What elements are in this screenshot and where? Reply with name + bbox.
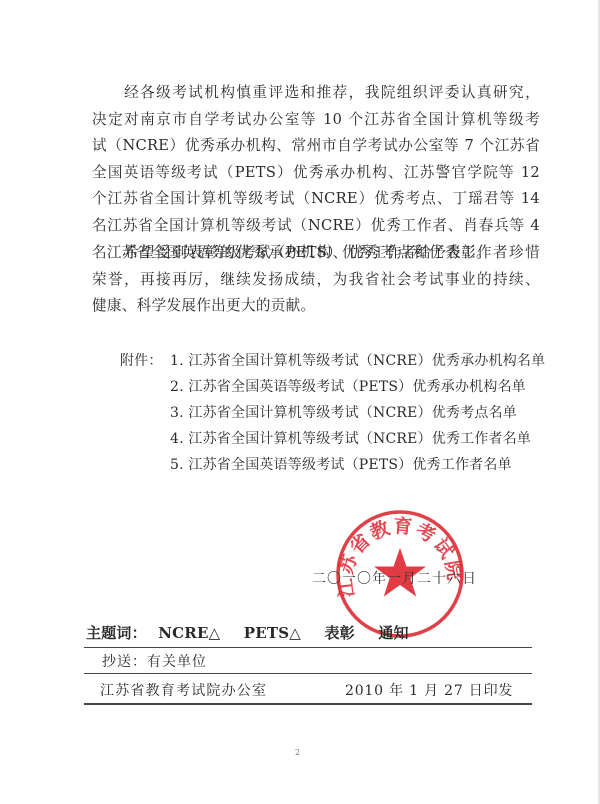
divider [84, 703, 532, 705]
divider [84, 673, 532, 674]
attachment-item: 附件： 1. 江苏省全国计算机等级考试（NCRE）优秀承办机构名单 [120, 348, 545, 374]
keyword: 通知 [378, 624, 408, 642]
subject-keywords: 主题词： NCRE△ PETS△ 表彰 通知 [86, 622, 427, 643]
attachment-item: 2. 江苏省全国英语等级考试（PETS）优秀承办机构名单 [120, 374, 545, 400]
attachments-list: 附件： 1. 江苏省全国计算机等级考试（NCRE）优秀承办机构名单 2. 江苏省… [120, 348, 545, 478]
cc-recipients: 抄送：有关单位 [102, 651, 207, 671]
text-line: 经各级考试机构慎重评选和推荐，我院组织评委认真研究， [92, 80, 540, 107]
attachment-title: 2. 江苏省全国英语等级考试（PETS）优秀承办机构名单 [170, 374, 526, 400]
signing-date: 二〇一〇年一月二十六日 [312, 568, 477, 588]
keyword: NCRE△ [158, 624, 220, 642]
text-line: 决定对南京市自学考试办公室等 10 个江苏省全国计算机等级考 [92, 107, 540, 134]
document-page: 经各级考试机构慎重评选和推荐，我院组织评委认真研究， 决定对南京市自学考试办公室… [0, 0, 600, 804]
text-line: 全国英语等级考试（PETS）优秀承办机构、江苏警官学院等 12 [92, 160, 540, 187]
issuing-office: 江苏省教育考试院办公室 [100, 680, 267, 700]
page-number: 2 [295, 748, 300, 757]
keyword: PETS△ [244, 624, 301, 642]
attachment-title: 5. 江苏省全国英语等级考试（PETS）优秀工作者名单 [170, 452, 512, 478]
keywords-label: 主题词： [86, 624, 147, 642]
attachment-item: 3. 江苏省全国计算机等级考试（NCRE）优秀考点名单 [120, 400, 545, 426]
text-line: 健康、科学发展作出更大的贡献。 [92, 293, 540, 320]
attachment-title: 4. 江苏省全国计算机等级考试（NCRE）优秀工作者名单 [170, 426, 531, 452]
text-line: 名江苏省全国计算机等级考试（NCRE）优秀工作者、肖春兵等 4 [92, 213, 540, 240]
text-line: 希望受到表彰的优秀承办机构、优秀考点和优秀工作者珍惜 [92, 240, 540, 267]
attachment-title: 1. 江苏省全国计算机等级考试（NCRE）优秀承办机构名单 [170, 348, 545, 374]
attachments-label: 附件： [120, 348, 170, 374]
paragraph-encouragement: 希望受到表彰的优秀承办机构、优秀考点和优秀工作者珍惜 荣誉，再接再厉，继续发扬成… [92, 240, 540, 320]
keyword: 表彰 [324, 624, 354, 642]
divider [84, 647, 532, 648]
attachment-item: 5. 江苏省全国英语等级考试（PETS）优秀工作者名单 [120, 452, 545, 478]
paragraph-commendation: 经各级考试机构慎重评选和推荐，我院组织评委认真研究， 决定对南京市自学考试办公室… [92, 80, 540, 266]
text-line: 个江苏省全国计算机等级考试（NCRE）优秀考点、丁瑶君等 14 [92, 186, 540, 213]
attachment-title: 3. 江苏省全国计算机等级考试（NCRE）优秀考点名单 [170, 400, 517, 426]
attachment-item: 4. 江苏省全国计算机等级考试（NCRE）优秀工作者名单 [120, 426, 545, 452]
text-line: 试（NCRE）优秀承办机构、常州市自学考试办公室等 7 个江苏省 [92, 133, 540, 160]
text-line: 荣誉，再接再厉，继续发扬成绩，为我省社会考试事业的持续、 [92, 267, 540, 294]
issue-date: 2010 年 1 月 27 日印发 [345, 680, 513, 700]
